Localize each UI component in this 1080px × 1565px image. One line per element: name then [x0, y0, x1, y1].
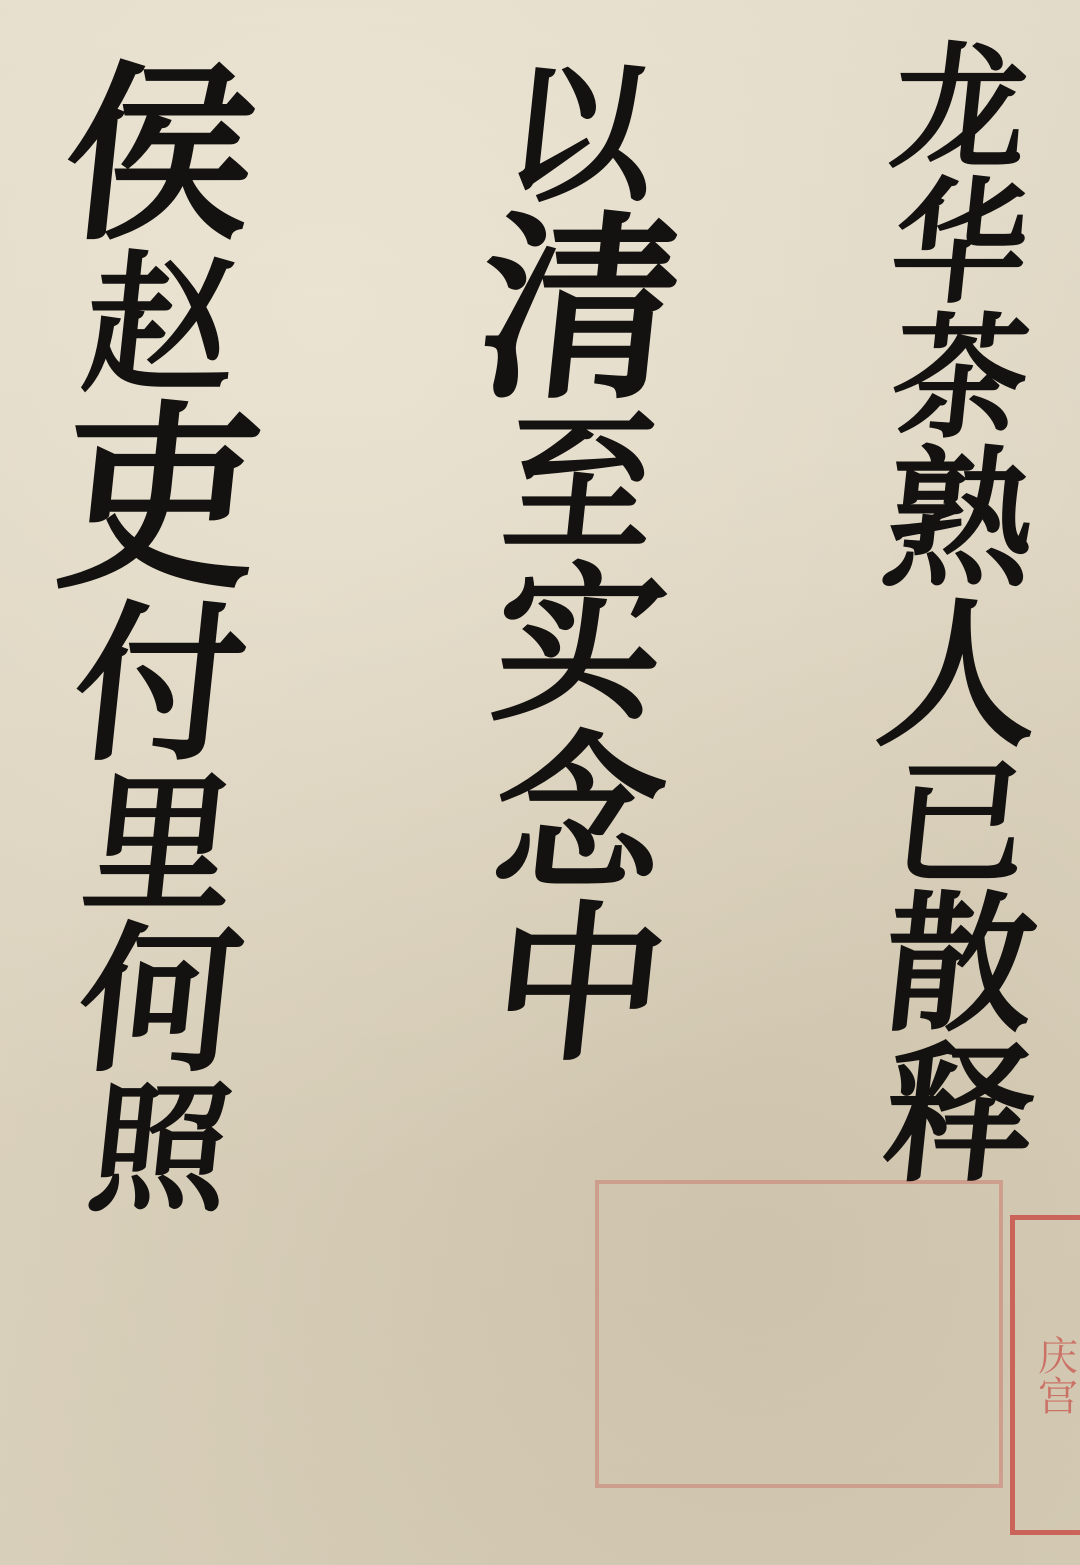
char: 念 — [486, 730, 674, 900]
char: 释 — [877, 1040, 1043, 1190]
calligraphy-scroll: 龙 华 茶 熟 人 已 散 释 以 清 至 实 念 中 侯 赵 吏 付 里 何 … — [0, 0, 1080, 1565]
column-middle: 以 清 至 实 念 中 — [480, 60, 680, 1070]
char: 赵 — [77, 250, 243, 400]
char: 侯 — [55, 60, 265, 250]
char: 熟 — [877, 445, 1043, 595]
char: 龙 — [885, 40, 1034, 175]
char: 吏 — [49, 400, 270, 600]
char: 照 — [83, 1080, 238, 1220]
char: 茶 — [885, 310, 1034, 445]
char: 里 — [77, 770, 243, 920]
char: 华 — [885, 175, 1034, 310]
seal-text: 庆宫 — [1027, 1335, 1080, 1415]
red-seal: 庆宫 — [1010, 1215, 1080, 1535]
column-right: 龙 华 茶 熟 人 已 散 释 — [880, 40, 1040, 1190]
char: 散 — [877, 890, 1043, 1040]
char: 清 — [469, 210, 690, 410]
char: 中 — [486, 900, 674, 1070]
char: 何 — [72, 920, 249, 1080]
faint-seal-mark — [595, 1180, 1003, 1488]
column-left: 侯 赵 吏 付 里 何 照 — [60, 60, 260, 1220]
char: 已 — [885, 755, 1034, 890]
char: 实 — [486, 560, 674, 730]
char: 以 — [497, 60, 663, 210]
char: 至 — [497, 410, 663, 560]
char: 人 — [872, 595, 1049, 755]
char: 付 — [66, 600, 254, 770]
